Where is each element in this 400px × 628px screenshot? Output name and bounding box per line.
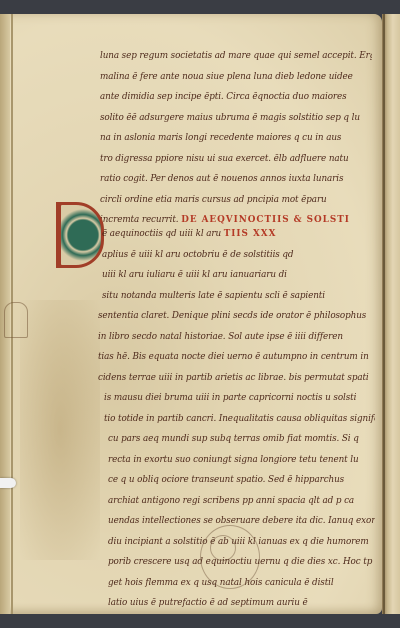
- page-marker-tab: [0, 478, 16, 488]
- spine-line: [383, 14, 385, 614]
- text-line: tias hē. Bis equata nocte diei uerno ē a…: [70, 347, 375, 368]
- text-line: circli ordine etia maris cursus ad pncip…: [100, 190, 372, 211]
- text-line: uiii kl aru iuliaru ē uiii kl aru ianuar…: [70, 265, 375, 286]
- text-line: ē aequinoctiis qd uiii kl aru TIIS XXX: [70, 224, 375, 245]
- rubric-heading-2: TIIS XXX: [224, 229, 277, 239]
- text-line-start: ē aequinoctiis qd uiii kl aru: [102, 229, 221, 239]
- text-line: luna sep regum societatis ad mare quae q…: [100, 46, 372, 67]
- text-block-top: luna sep regum societatis ad mare quae q…: [100, 46, 372, 231]
- text-line: ante dimidia sep incipe ēpti. Circa ēqno…: [100, 87, 372, 108]
- faded-sketch-scroll: [210, 535, 236, 561]
- text-line: recta in exortu suo coniungt signa longi…: [70, 450, 375, 471]
- margin-sketch-figure: [4, 302, 28, 338]
- text-line: tro digressa ppiore nisu ui sua exercet.…: [100, 149, 372, 170]
- text-line: ratio cogit. Per denos aut ē nouenos ann…: [100, 169, 372, 190]
- text-line: sententia claret. Denique plini secds id…: [70, 306, 375, 327]
- text-line: latio uius ē putrefactio ē ad septimum a…: [70, 593, 375, 614]
- text-line: in libro secdo natal historiae. Sol aute…: [70, 327, 375, 348]
- text-line: is mausu diei bruma uiii in parte capric…: [70, 388, 375, 409]
- text-line: archiat antigono regi scribens pp anni s…: [70, 491, 375, 512]
- text-line: situ notanda multeris late ē sapientu sc…: [70, 286, 375, 307]
- text-line: cu pars aeq mundi sup subq terras omib f…: [70, 429, 375, 450]
- text-line: aplius ē uiii kl aru octobriu ē de solst…: [70, 245, 375, 266]
- text-line: solito ēē adsurgere maius ubruma ē magis…: [100, 108, 372, 129]
- text-line: malina ē fere ante noua siue plena luna …: [100, 67, 372, 88]
- text-line: ce q u obliq ociore transeunt spatio. Se…: [70, 470, 375, 491]
- text-line: cidens terrae uiii in partib arietis ac …: [70, 368, 375, 389]
- text-line: na in aslonia maris longi recedente maio…: [100, 128, 372, 149]
- text-line: tio totide in partib cancri. Inequalitat…: [70, 409, 375, 430]
